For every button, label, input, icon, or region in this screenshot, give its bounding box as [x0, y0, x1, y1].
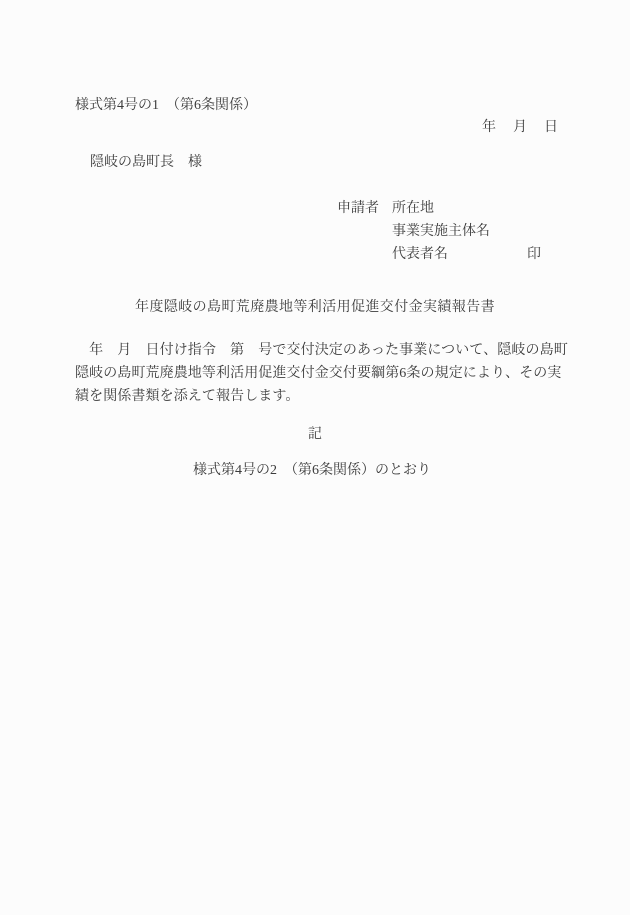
- body-line: 隠岐の島町荒廃農地等利活用促進交付金交付要綱第6条の規定により、その実: [75, 367, 562, 381]
- body-line: 績を関係書類を添えて報告します。: [75, 390, 299, 404]
- seal-mark: 印: [527, 248, 541, 262]
- attachment-note: 様式第4号の2 （第6条関係）のとおり: [193, 464, 431, 478]
- document-page: 様式第4号の1 （第6条関係） 年 月 日 隠岐の島町長 様 申請者 所在地 事…: [0, 0, 630, 915]
- addressee: 隠岐の島町長 様: [90, 156, 202, 170]
- applicant-address-label: 所在地: [392, 202, 434, 216]
- applicant-entity-label: 事業実施主体名: [392, 225, 490, 239]
- form-number: 様式第4号の1 （第6条関係）: [75, 99, 257, 113]
- applicant-representative-label: 代表者名: [392, 248, 448, 262]
- applicant-label: 申請者: [337, 202, 379, 216]
- document-title: 年度隠岐の島町荒廃農地等利活用促進交付金実績報告書: [75, 301, 555, 315]
- body-line: 年 月 日付け指令 第 号で交付決定のあった事業について、隠岐の島町: [75, 344, 568, 358]
- date-line: 年 月 日: [482, 121, 560, 135]
- record-heading: 記: [75, 428, 555, 442]
